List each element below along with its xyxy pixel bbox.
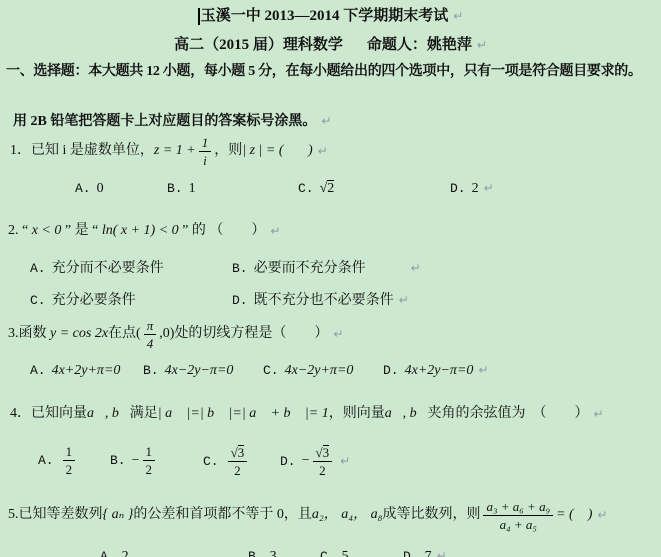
q2-text-mid: ” 是 “ xyxy=(61,223,101,240)
exam-title-line: 玉溪一中 2013—2014 下学期期末考试↵ xyxy=(0,6,661,26)
q3-option-b: B.4x−2y−π=0 xyxy=(143,363,233,379)
q4-option-a: A. 12 xyxy=(38,445,78,476)
sqrt-sign: √ xyxy=(316,446,323,459)
sqrt-sign: √ xyxy=(231,446,238,459)
q2-math-1: x < 0 xyxy=(32,223,62,240)
paragraph-mark-icon: ↵ xyxy=(321,114,331,128)
q2-option-b: B.必要而不充分条件↵ xyxy=(232,257,421,277)
q2-option-d: D.既不充分也不必要条件↵ xyxy=(232,289,409,309)
q1-option-b: B.1 xyxy=(167,181,196,197)
q4-option-b: B. − 12 xyxy=(110,445,158,476)
minus-sign: − xyxy=(132,453,140,469)
q2-math-2: ln( x + 1) < 0 xyxy=(102,223,179,240)
paragraph-mark-icon: ↵ xyxy=(597,508,607,522)
q3-text-pre: 3.函数 xyxy=(8,326,50,343)
q3-math-after: ,0) xyxy=(159,326,174,343)
instructions-line2: 用 2B 铅笔把答题卡上对应题目的答案标号涂黑。 xyxy=(13,114,316,129)
question-4-stem: 4．已知向量 a⃗, b⃗ 满足 | a⃗ |=| b⃗ |=| a⃗ + b⃗… xyxy=(10,398,604,430)
paragraph-mark-icon: ↵ xyxy=(340,454,350,468)
q1-option-a: A.0 xyxy=(75,181,104,197)
q5-text-pre: 5.已知等差数列 xyxy=(8,507,103,524)
instructions-line2-wrap: 用 2B 铅笔把答题卡上对应题目的答案标号涂黑。↵ xyxy=(6,97,331,131)
minus-sign: − xyxy=(302,453,310,469)
instructions-line1: 一、选择题：本大题共 12 小题，每小题 5 分，在每小题给出的四个选项中，只有… xyxy=(6,64,642,81)
q3-option-d: D.4x+2y−π=0↵ xyxy=(383,363,488,379)
q4-text-tail: 夹角的余弦值为 （ ） xyxy=(428,406,589,423)
q3-option-a: A.4x+2y+π=0 xyxy=(30,363,120,379)
q4-vectors-1: a⃗, b⃗ xyxy=(87,406,130,423)
q3-text-mid: 在点( xyxy=(108,326,141,343)
q5-option-d: D.7↵ xyxy=(403,549,447,557)
proposer: 命题人：姚艳萍 xyxy=(367,36,472,54)
paragraph-mark-icon: ↵ xyxy=(333,327,343,341)
q4-option-d: D. − √3 2 ↵ xyxy=(280,445,350,477)
text-cursor xyxy=(198,8,200,25)
q4-math: | a⃗ |=| b⃗ |=| a⃗ + b⃗ |= 1 xyxy=(158,406,329,423)
q3-math-1: y = cos 2x xyxy=(50,326,108,343)
paragraph-mark-icon: ↵ xyxy=(437,549,447,557)
document-canvas[interactable]: { "page": { "bg": "#cce8cf", "text_color… xyxy=(0,0,661,557)
q3-text-post: 处的切线方程是（ ） xyxy=(174,326,328,343)
q4-text-post: ，则向量 xyxy=(329,406,385,423)
question-1-stem: 1．已知 i 是虚数单位， z = 1 + 1 i ，则 | z | = ( )… xyxy=(10,132,328,170)
q3-fraction: π 4 xyxy=(144,319,157,350)
q5-sequence: { aₙ } xyxy=(103,507,134,524)
q5-option-a: A.2 xyxy=(100,549,129,557)
q1-fraction: 1 i xyxy=(199,136,212,167)
q5-text-mid1: 的公差和首项都不等于 0，且 xyxy=(133,507,312,524)
paragraph-mark-icon: ↵ xyxy=(318,144,328,158)
q4-option-c: C. √3 2 xyxy=(203,445,250,477)
q5-terms: a₂， a₄， a₈ xyxy=(312,507,383,524)
q1-text-pre: 1．已知 i 是虚数单位， xyxy=(10,143,154,160)
q3-option-c: C.4x−2y+π=0 xyxy=(263,363,353,379)
q2-option-a: A.充分而不必要条件 xyxy=(30,257,164,277)
question-5-stem: 5.已知等差数列 { aₙ } 的公差和首项都不等于 0，且 a₂， a₄， a… xyxy=(8,490,607,540)
paragraph-mark-icon: ↵ xyxy=(411,261,421,275)
q2-text-pre: 2. “ xyxy=(8,223,32,240)
exam-title: 玉溪一中 2013—2014 下学期期末考试 xyxy=(201,7,449,25)
paragraph-mark-icon: ↵ xyxy=(270,224,280,238)
exam-subtitle-line: 高二（2015 届）理科数学命题人：姚艳萍↵ xyxy=(0,35,661,55)
q5-text-tail: = ( ) xyxy=(556,507,592,524)
q1-text-mid: ，则 xyxy=(214,143,242,160)
q5-text-mid2: 成等比数列，则 xyxy=(382,507,480,524)
q5-option-b: B.3 xyxy=(248,549,277,557)
paragraph-mark-icon: ↵ xyxy=(399,293,409,307)
q4-vectors-2: a⃗, b⃗ xyxy=(385,406,428,423)
q1-option-c: C.√2 xyxy=(298,181,334,197)
q1-math-tail: | z | = ( ) xyxy=(242,143,312,160)
paragraph-mark-icon: ↵ xyxy=(453,9,463,23)
question-3-stem: 3.函数 y = cos 2x 在点( π 4 ,0) 处的切线方程是（ ） ↵ xyxy=(8,313,343,355)
q5-fraction: a₃ + a₆ + a₉ a₄ + a₅ xyxy=(483,500,553,531)
q4-text-mid: 满足 xyxy=(130,406,158,423)
q5-option-c: C.5 xyxy=(320,549,349,557)
q1-option-d: D.2↵ xyxy=(450,181,494,197)
question-2-stem: 2. “ x < 0 ” 是 “ ln( x + 1) < 0 ” 的 （ ） … xyxy=(8,219,280,243)
paragraph-mark-icon: ↵ xyxy=(594,407,604,421)
paragraph-mark-icon: ↵ xyxy=(484,181,494,195)
paragraph-mark-icon: ↵ xyxy=(477,38,487,52)
paragraph-mark-icon: ↵ xyxy=(478,363,488,377)
q2-text-post: ” 的 （ ） xyxy=(179,223,266,240)
q4-text-pre: 4．已知向量 xyxy=(10,406,87,423)
exam-subtitle: 高二（2015 届）理科数学 xyxy=(174,36,343,54)
q2-option-c: C.充分必要条件 xyxy=(30,289,136,309)
q1-math-lead: z = 1 + xyxy=(154,143,196,160)
